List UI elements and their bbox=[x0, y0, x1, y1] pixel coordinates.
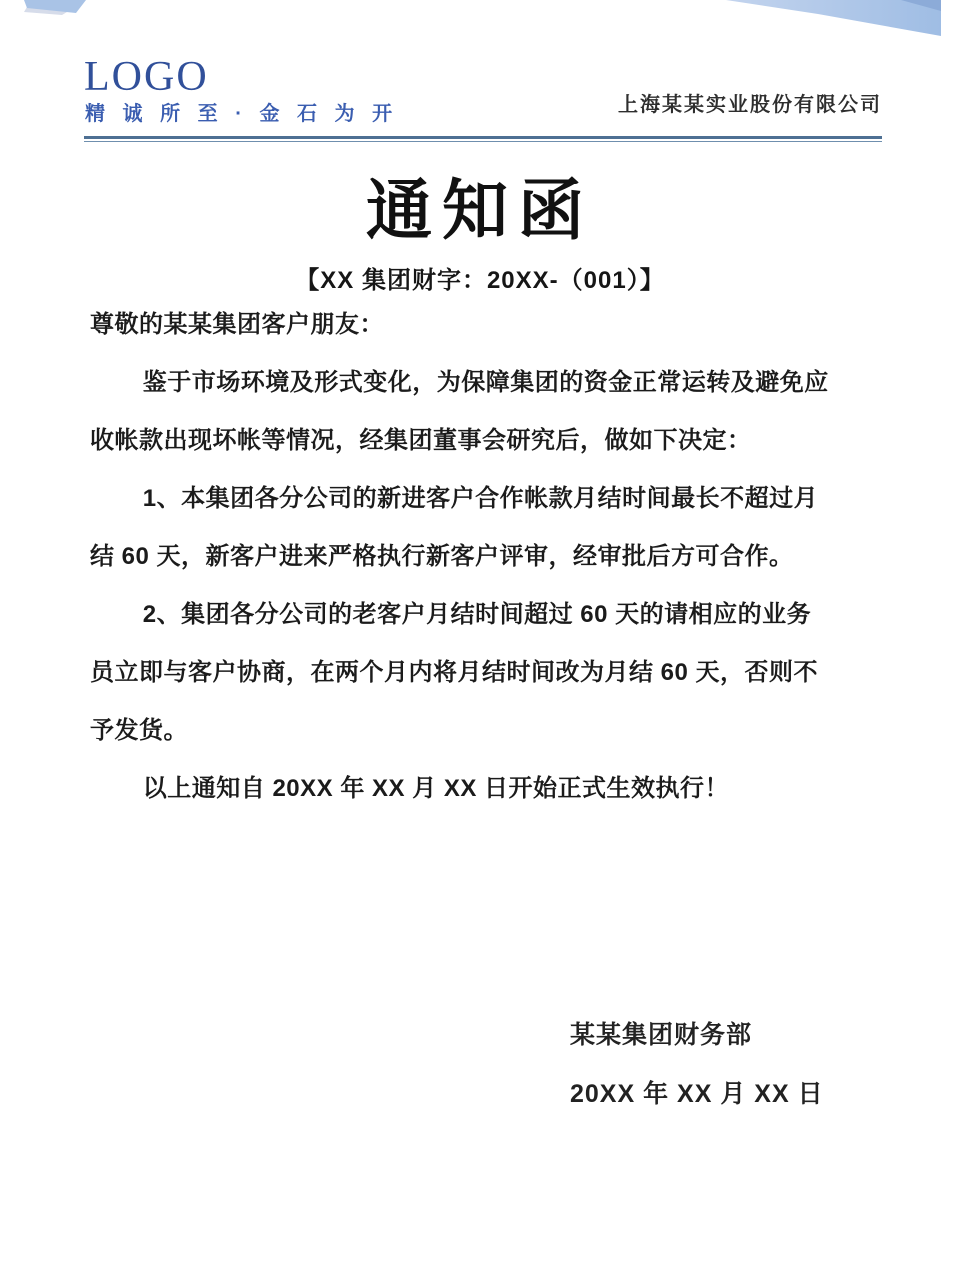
body-line: 1、本集团各分公司的新进客户合作帐款月结时间最长不超过月 bbox=[90, 470, 882, 528]
header-divider bbox=[84, 136, 882, 143]
body-line: 以上通知自 20XX 年 XX 月 XX 日开始正式生效执行！ bbox=[90, 760, 882, 818]
logo-tagline: 精 诚 所 至 · 金 石 为 开 bbox=[85, 103, 398, 125]
signature-block: 某某集团财务部 20XX 年 XX 月 XX 日 bbox=[570, 1006, 824, 1124]
document-number: 【XX 集团财字：20XX-（001）】 bbox=[0, 260, 960, 295]
header-divider-thin-line bbox=[84, 141, 882, 142]
body-line: 尊敬的某某集团客户朋友： bbox=[90, 296, 882, 354]
document-title: 通知函 bbox=[0, 176, 960, 245]
body-line: 予发货。 bbox=[90, 702, 882, 760]
body-line: 结 60 天，新客户进来严格执行新客户评审，经审批后方可合作。 bbox=[90, 528, 882, 586]
top-right-band bbox=[726, 0, 941, 36]
signature-date: 20XX 年 XX 月 XX 日 bbox=[570, 1065, 824, 1124]
top-left-wedge-pale bbox=[24, 7, 72, 15]
body-line: 收帐款出现坏帐等情况，经集团董事会研究后，做如下决定： bbox=[90, 412, 882, 470]
body-line: 员立即与客户协商，在两个月内将月结时间改为月结 60 天，否则不 bbox=[90, 644, 882, 702]
body-line: 鉴于市场环境及形式变化，为保障集团的资金正常运转及避免应 bbox=[90, 354, 882, 412]
body-line: 2、集团各分公司的老客户月结时间超过 60 天的请相应的业务 bbox=[90, 586, 882, 644]
logo-text: LOGO bbox=[84, 56, 209, 98]
top-right-band-dark bbox=[901, 0, 941, 11]
company-name: 上海某某实业股份有限公司 bbox=[618, 88, 882, 117]
letter-body: 尊敬的某某集团客户朋友： 鉴于市场环境及形式变化，为保障集团的资金正常运转及避免… bbox=[90, 296, 882, 818]
signature-department: 某某集团财务部 bbox=[570, 1006, 824, 1065]
notice-letter-page: LOGO 精 诚 所 至 · 金 石 为 开 上海某某实业股份有限公司 通知函 … bbox=[0, 0, 960, 1280]
top-left-wedge-blue bbox=[24, 0, 86, 13]
